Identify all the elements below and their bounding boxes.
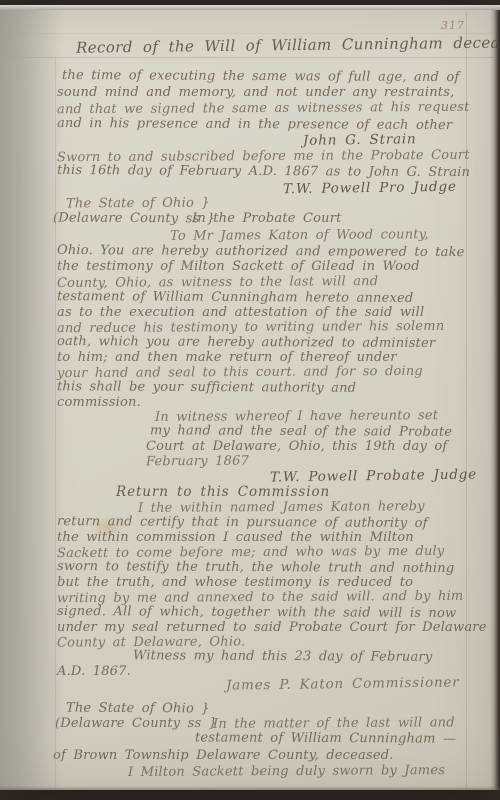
handwritten-line: of Brown Township Delaware County, decea…: [53, 749, 394, 763]
handwritten-line: oath, which you are hereby authorized to…: [57, 335, 435, 351]
handwritten-line: Witness my hand this 23 day of February: [133, 649, 432, 665]
handwritten-line: The State of Ohio }: [66, 197, 210, 212]
handwritten-line: signed. All of which, together with the …: [57, 605, 456, 621]
handwritten-line: Ohio. You are hereby authorized and empo…: [57, 244, 465, 260]
handwritten-line: Court at Delaware, Ohio, this 19th day o…: [146, 440, 447, 454]
handwritten-line: sound mind and memory, and not under any…: [57, 86, 454, 100]
handwritten-line: the testimony of Milton Sackett of Gilea…: [57, 260, 420, 274]
handwritten-line: James P. Katon Commissioner: [226, 675, 460, 692]
photo-right-edge: [490, 10, 500, 790]
ledger-photo: 317 Record of the Will of William Cunnin…: [0, 0, 500, 800]
handwritten-line: this 16th day of February A.D. 1867 as t…: [57, 164, 470, 180]
handwritten-line: To Mr James Katon of Wood county,: [170, 228, 429, 244]
handwritten-line: John G. Strain: [303, 132, 417, 148]
handwritten-line: my hand and the seal of the said Probate: [150, 424, 452, 440]
adjacent-page-shadow: [0, 10, 64, 790]
handwritten-line: T.W. Powell Pro Judge: [283, 180, 457, 196]
handwritten-line: (Delaware County ss }: [53, 212, 215, 227]
handwritten-line: A.D. 1867.: [57, 665, 131, 679]
handwritten-line: the within commission I caused the withi…: [57, 531, 414, 545]
handwritten-line: and that we signed the same as witnesses…: [57, 101, 470, 118]
handwritten-line: as to the execution and attestation of t…: [57, 306, 424, 320]
handwritten-line: I Milton Sackett being duly sworn by Jam…: [128, 764, 445, 780]
handwritten-line: return and certify that in pursuance of …: [57, 515, 428, 531]
handwritten-line: T.W. Powell Probate Judge: [270, 468, 477, 485]
handwritten-line: Return to this Commission: [116, 485, 330, 499]
handwritten-line: sworn to testify the truth, the whole tr…: [57, 560, 454, 576]
handwritten-line: but the truth, and whose testimony is re…: [57, 576, 413, 590]
handwritten-line: In the matter of the last will and: [213, 716, 455, 731]
handwritten-line: (Delaware County ss }: [55, 717, 217, 731]
handwritten-line: The State of Ohio }: [66, 702, 210, 717]
page-top-edge: [0, 5, 500, 10]
handwritten-line: I the within named James Katon hereby: [138, 500, 425, 516]
handwritten-lines: the time of executing the same was of fu…: [0, 0, 500, 800]
handwritten-line: this shall be your sufficient authority …: [57, 380, 356, 396]
photo-bottom-edge: [0, 790, 500, 800]
handwritten-line: testament of William Cunningham hereto a…: [57, 290, 414, 306]
handwritten-line: the time of executing the same was of fu…: [62, 69, 460, 85]
handwritten-line: February 1867: [146, 455, 249, 470]
handwritten-line: testament of William Cunningham —: [195, 731, 456, 746]
handwritten-line: to him; and then make return of thereof …: [57, 351, 397, 365]
handwritten-line: commission.: [57, 396, 141, 410]
handwritten-line: under my seal returned to said Probate C…: [57, 621, 487, 635]
handwritten-line: In the Probate Court: [192, 212, 342, 226]
